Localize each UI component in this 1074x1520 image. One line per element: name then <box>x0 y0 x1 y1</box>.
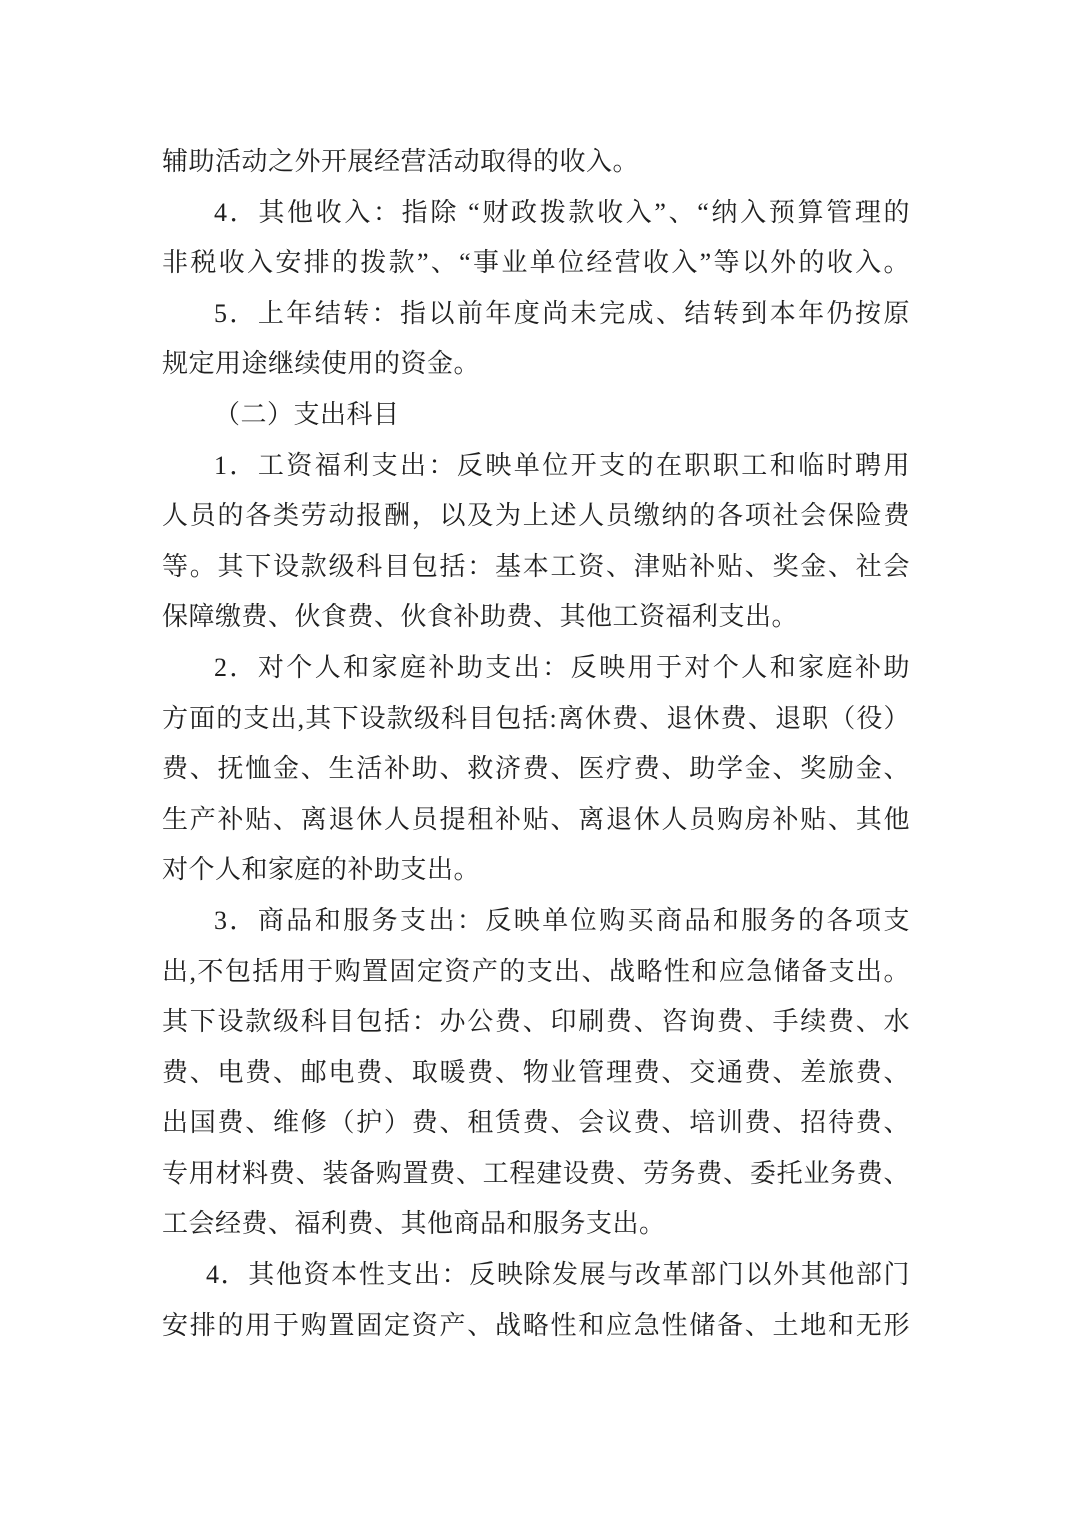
text-line: 出,不包括用于购置固定资产的支出、战略性和应急储备支出。 <box>162 947 910 998</box>
text-line: 5．上年结转：指以前年度尚未完成、结转到本年仍按原 <box>162 289 910 340</box>
page-text-block: 辅助活动之外开展经营活动取得的收入。 4．其他收入：指除 “财政拨款收入”、“纳… <box>162 137 910 1351</box>
text-line: 辅助活动之外开展经营活动取得的收入。 <box>162 137 910 188</box>
text-line: 4．其他收入：指除 “财政拨款收入”、“纳入预算管理的 <box>162 188 910 239</box>
text-line: 3．商品和服务支出：反映单位购买商品和服务的各项支 <box>162 896 910 947</box>
text-line: 生产补贴、离退休人员提租补贴、离退休人员购房补贴、其他 <box>162 795 910 846</box>
text-line: 费、电费、邮电费、取暖费、物业管理费、交通费、差旅费、 <box>162 1048 910 1099</box>
section-heading: （二）支出科目 <box>162 390 910 441</box>
text-line: 费、抚恤金、生活补助、救济费、医疗费、助学金、奖励金、 <box>162 744 910 795</box>
text-line: 方面的支出,其下设款级科目包括:离休费、退休费、退职（役） <box>162 694 910 745</box>
text-line: 非税收入安排的拨款”、“事业单位经营收入”等以外的收入。 <box>162 238 910 289</box>
text-line: 规定用途继续使用的资金。 <box>162 339 910 390</box>
text-line: 4．其他资本性支出：反映除发展与改革部门以外其他部门 <box>162 1250 910 1301</box>
text-line: 专用材料费、装备购置费、工程建设费、劳务费、委托业务费、 <box>162 1149 910 1200</box>
text-line: 等。其下设款级科目包括：基本工资、津贴补贴、奖金、社会 <box>162 542 910 593</box>
text-line: 1．工资福利支出：反映单位开支的在职职工和临时聘用 <box>162 441 910 492</box>
text-line: 安排的用于购置固定资产、战略性和应急性储备、土地和无形 <box>162 1301 910 1352</box>
text-line: 对个人和家庭的补助支出。 <box>162 845 910 896</box>
document-page: 辅助活动之外开展经营活动取得的收入。 4．其他收入：指除 “财政拨款收入”、“纳… <box>0 0 1074 1520</box>
text-line: 出国费、维修（护）费、租赁费、会议费、培训费、招待费、 <box>162 1098 910 1149</box>
text-line: 保障缴费、伙食费、伙食补助费、其他工资福利支出。 <box>162 592 910 643</box>
text-line: 工会经费、福利费、其他商品和服务支出。 <box>162 1199 910 1250</box>
text-line: 人员的各类劳动报酬，以及为上述人员缴纳的各项社会保险费 <box>162 491 910 542</box>
text-line: 2．对个人和家庭补助支出：反映用于对个人和家庭补助 <box>162 643 910 694</box>
text-line: 其下设款级科目包括：办公费、印刷费、咨询费、手续费、水 <box>162 997 910 1048</box>
